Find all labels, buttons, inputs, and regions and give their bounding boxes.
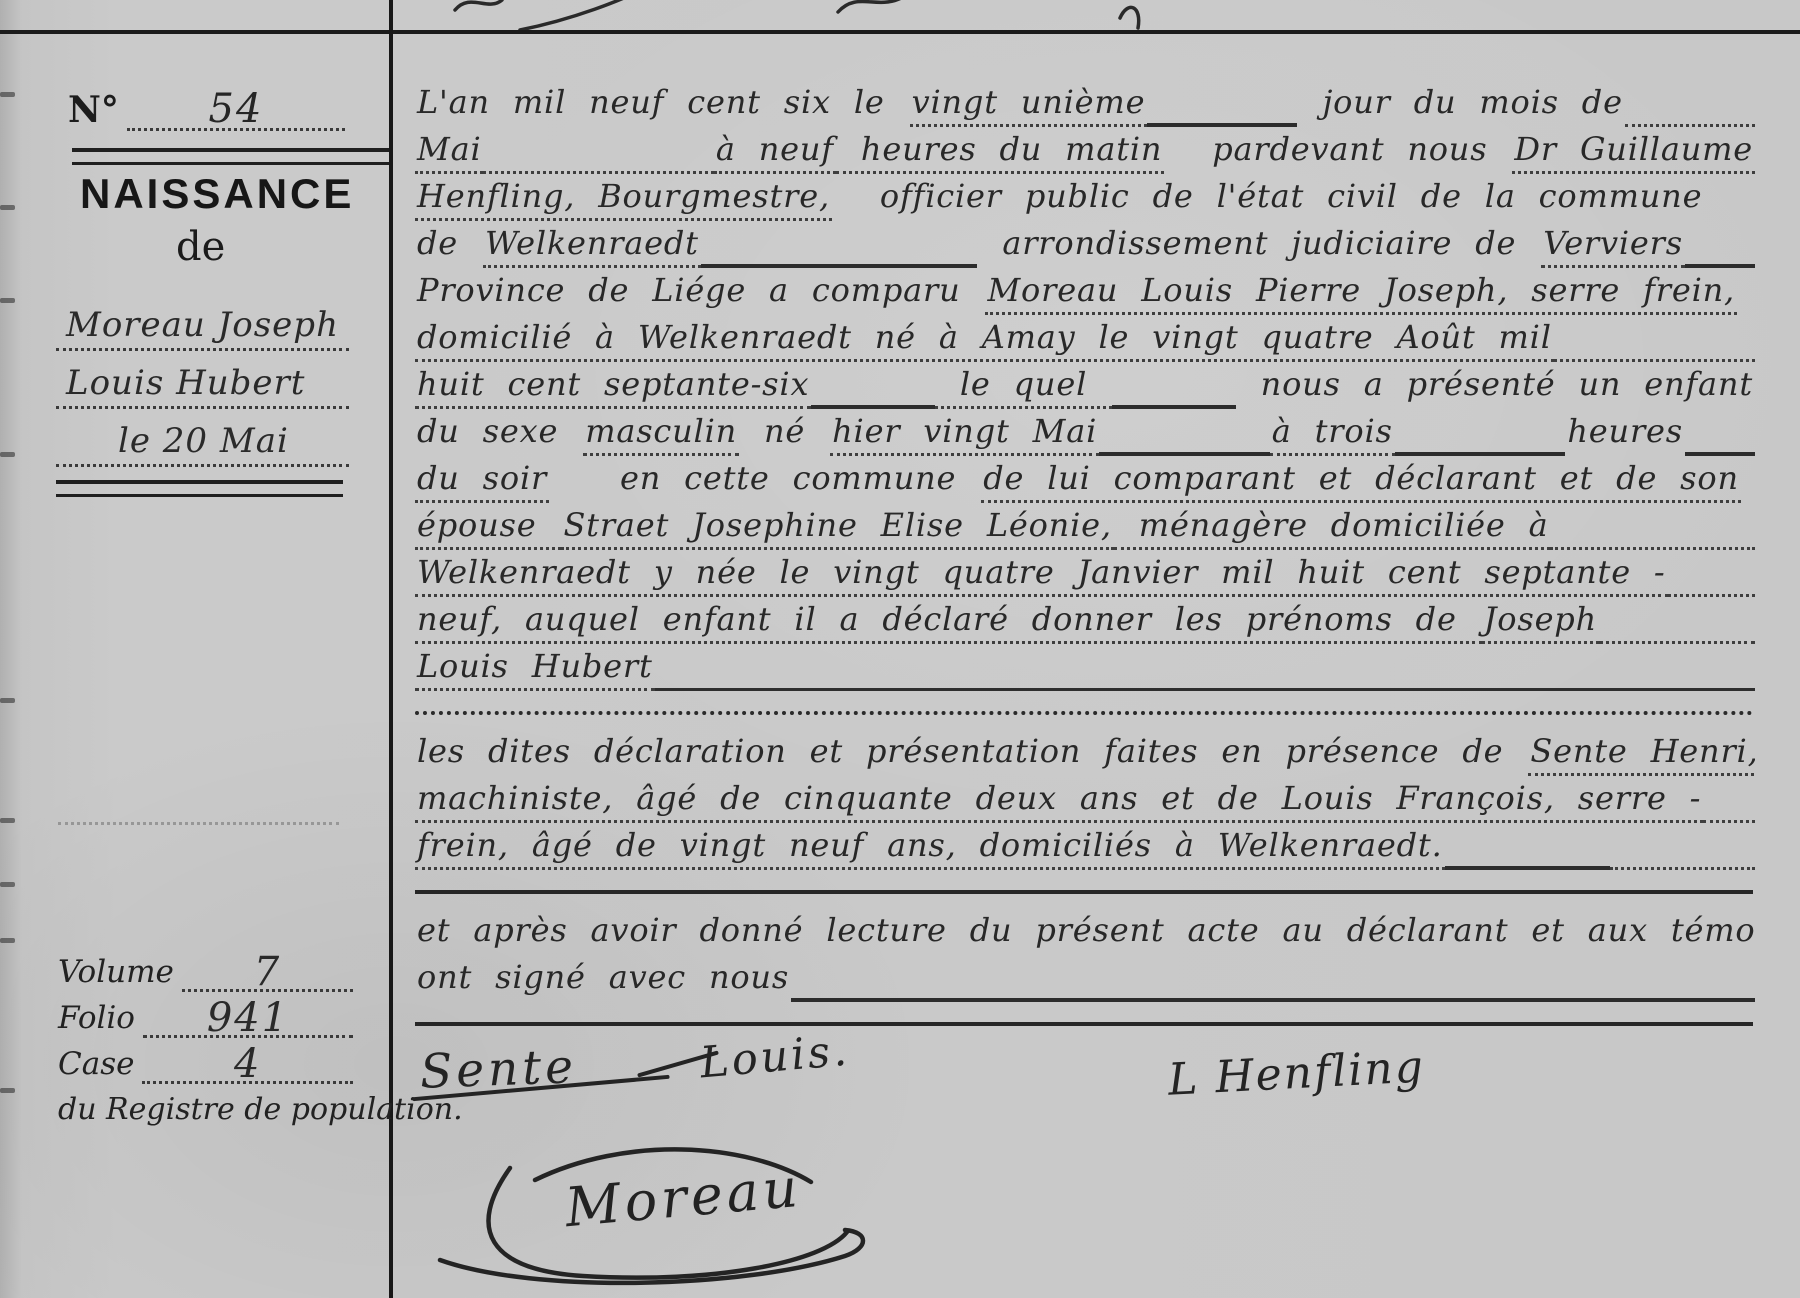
registry-row: Folio941: [58, 992, 353, 1038]
act-body: L'an mil neuf cent six le vingt unième j…: [415, 80, 1755, 1040]
script-segment: Welkenraedt y née le vingt quatre Janvie…: [415, 553, 1668, 597]
registry-rows: Volume7Folio941Case4: [58, 946, 353, 1084]
script-segment: Province de Liége a comparu: [415, 271, 985, 315]
script-segment: [791, 998, 1755, 1002]
act-text-line: machiniste, âgé de cinquante deux ans et…: [415, 776, 1755, 823]
naissance-heading: NAISSANCE: [80, 170, 354, 218]
act-number-label: N°: [68, 89, 127, 131]
script-segment: [1685, 264, 1755, 268]
script-segment: domicilié à Welkenraedt né à Amay le vin…: [415, 318, 1554, 362]
faint-dotted-line: [58, 822, 339, 825]
act-text-line: domicilié à Welkenraedt né à Amay le vin…: [415, 315, 1755, 362]
script-segment: neuf, auquel enfant il a déclaré donner …: [415, 600, 1482, 644]
script-segment: Mai: [415, 130, 483, 174]
script-segment: les dites déclaration et présentation fa…: [415, 732, 1528, 776]
act-text-line: de Welkenraedt arrondissement judiciaire…: [415, 221, 1755, 268]
script-segment: machiniste, âgé de cinquante deux ans et…: [415, 779, 1703, 823]
registry-row: Volume7: [58, 946, 353, 992]
script-segment: ont signé avec nous: [415, 958, 791, 1002]
script-segment: Straet Josephine Elise Léonie,: [561, 506, 1113, 550]
script-segment: arrondissement judiciaire de: [977, 224, 1541, 268]
script-segment: frein, âgé de vingt neuf ans, domiciliés…: [415, 826, 1445, 870]
act-text-line: Welkenraedt y née le vingt quatre Janvie…: [415, 550, 1755, 597]
act-number-line: 54: [127, 86, 345, 131]
script-segment: L'an mil neuf cent six le: [415, 83, 910, 127]
script-segment: [811, 405, 935, 409]
script-segment: [1099, 452, 1270, 456]
script-segment: Joseph: [1482, 600, 1599, 644]
birth-act-page: { "document": { "colors": { "paper": "#c…: [0, 0, 1800, 1298]
section-rule: [415, 711, 1753, 715]
script-segment: du sexe: [415, 412, 583, 456]
act-text-line: Henfling, Bourgmestre, officier public d…: [415, 174, 1755, 221]
script-segment: de: [415, 224, 483, 268]
script-segment: nous a présenté un enfant: [1236, 365, 1755, 409]
script-segment: [1610, 867, 1755, 870]
signature-declarant-moreau: Moreau: [415, 1110, 895, 1296]
script-segment: à neuf: [714, 130, 836, 174]
script-segment: Dr Guillaume: [1512, 130, 1755, 174]
script-segment: Louis Hubert: [415, 647, 655, 691]
script-segment: né: [739, 412, 830, 456]
script-segment: [1550, 547, 1755, 550]
script-segment: [483, 171, 713, 174]
script-segment: Welkenraedt: [483, 224, 701, 268]
de-label: de: [176, 224, 225, 270]
script-segment: heures du matin: [836, 130, 1164, 174]
script-segment: Verviers: [1541, 224, 1685, 268]
script-segment: du soir: [415, 459, 549, 503]
double-rule-top: [72, 148, 389, 165]
script-segment: et après avoir donné lecture du présent …: [415, 911, 1755, 955]
act-text-line: du sexe masculin né hier vingt Maià troi…: [415, 409, 1755, 456]
script-segment: officier public de l'état civil de la co…: [832, 177, 1704, 221]
act-text-line: et après avoir donné lecture du présent …: [415, 908, 1755, 955]
double-rule-bottom: [56, 480, 343, 497]
script-segment: [1625, 124, 1755, 127]
script-segment: [1668, 594, 1755, 597]
script-segment: jour du mois de: [1297, 83, 1624, 127]
margin-column: N° 54 NAISSANCE de Moreau JosephLouis Hu…: [0, 0, 389, 1298]
script-segment: le quel: [935, 365, 1112, 409]
act-text-line: ont signé avec nous: [415, 955, 1755, 1002]
margin-name-line: Louis Hubert: [56, 354, 349, 409]
script-segment: en cette commune: [549, 459, 981, 503]
margin-name-line: Moreau Joseph: [56, 296, 349, 351]
script-segment: épouse: [415, 506, 561, 550]
section-rule: [415, 890, 1753, 894]
script-segment: [1445, 866, 1610, 870]
margin-name-lines: Moreau JosephLouis Hubertle 20 Mai: [56, 296, 349, 470]
script-segment: [1599, 641, 1755, 644]
margin-name-line: le 20 Mai: [56, 412, 349, 467]
act-text-line: L'an mil neuf cent six le vingt unième j…: [415, 80, 1755, 127]
act-text-line: épouse Straet Josephine Elise Léonie, mé…: [415, 503, 1755, 550]
script-segment: masculin: [583, 412, 739, 456]
script-segment: pardevant nous: [1164, 130, 1512, 174]
script-segment: [701, 264, 978, 268]
script-segment: [1703, 820, 1755, 823]
script-segment: [1112, 405, 1236, 409]
script-segment: huit cent septante-six: [415, 365, 811, 409]
act-text-line: Province de Liége a comparu Moreau Louis…: [415, 268, 1755, 315]
act-number-row: N° 54: [68, 86, 345, 131]
script-segment: [655, 688, 1755, 691]
act-text-line: neuf, auquel enfant il a déclaré donner …: [415, 597, 1755, 644]
act-number-value: 54: [209, 86, 264, 132]
registry-note: du Registre de population.: [58, 1092, 353, 1127]
script-segment: [1147, 123, 1297, 127]
script-segment: [1685, 452, 1755, 456]
act-text-line: Maià neuf heures du matin pardevant nous…: [415, 127, 1755, 174]
script-segment: hier vingt Mai: [830, 412, 1099, 456]
section-rule: [415, 1022, 1753, 1026]
script-segment: vingt unième: [910, 83, 1148, 127]
script-segment: Moreau Louis Pierre Joseph, serre frein,: [985, 271, 1737, 315]
script-segment: [1554, 359, 1755, 362]
act-text-line: frein, âgé de vingt neuf ans, domiciliés…: [415, 823, 1755, 870]
script-segment: Henfling, Bourgmestre,: [415, 177, 832, 221]
script-segment: ménagère domiciliée à: [1114, 506, 1551, 550]
act-text-line: Louis Hubert: [415, 644, 1755, 691]
act-body-lines: L'an mil neuf cent six le vingt unième j…: [415, 80, 1755, 1026]
act-text-line: huit cent septante-six le quel nous a pr…: [415, 362, 1755, 409]
script-segment: Sente Henri,: [1528, 732, 1755, 776]
registry-block: Volume7Folio941Case4 du Registre de popu…: [58, 946, 353, 1127]
script-segment: [1395, 452, 1566, 456]
script-segment: heures: [1565, 412, 1685, 456]
act-text-line: du soir en cette commune de lui comparan…: [415, 456, 1755, 503]
act-text-line: les dites déclaration et présentation fa…: [415, 729, 1755, 776]
registry-row: Case4: [58, 1038, 353, 1084]
script-segment: à trois: [1270, 412, 1395, 456]
signature-officer-henfling: L Henfling: [1167, 1041, 1426, 1105]
script-segment: de lui comparant et déclarant et de son: [981, 459, 1741, 503]
